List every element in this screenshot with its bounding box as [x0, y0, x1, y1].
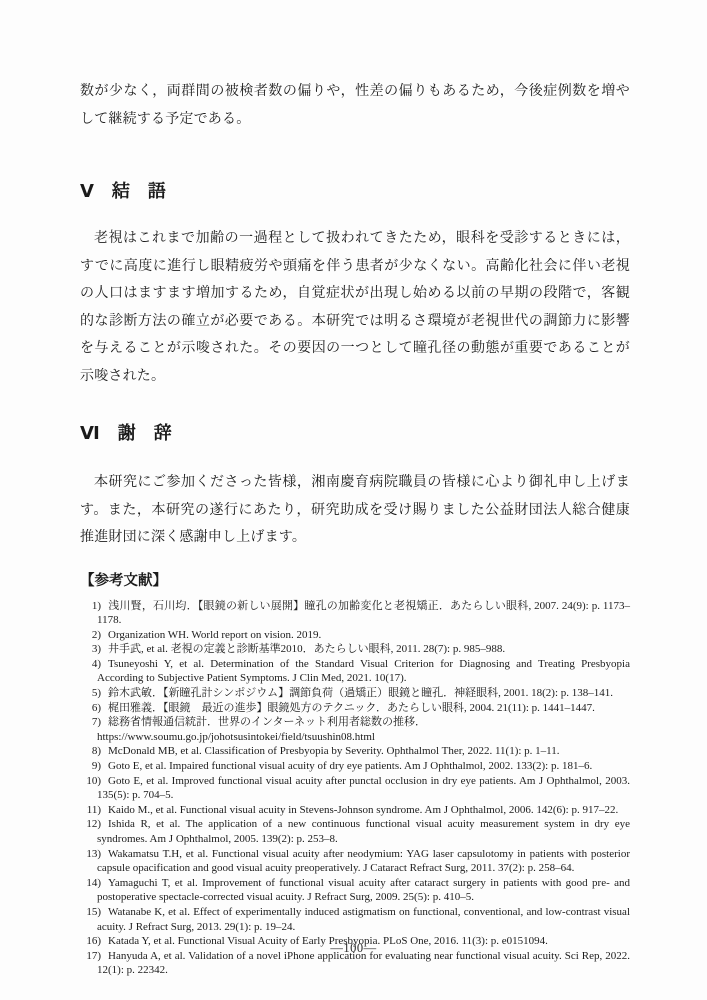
references-heading: 【参考文献】	[80, 572, 630, 591]
reference-text: Ishida R, et al. The application of a ne…	[97, 818, 630, 845]
conclusion-paragraph: 老視はこれまで加齢の一過程として扱われてきたため，眼科を受診するときには，すでに…	[80, 225, 630, 390]
reference-text: Organization WH. World report on vision.…	[108, 629, 321, 641]
reference-item: 3)井手武, et al. 老視の定義と診断基準2010．あたらしい眼科, 20…	[80, 642, 630, 657]
section-heading-conclusion: Ⅴ 結 語	[80, 179, 630, 203]
reference-number: 3)	[80, 642, 101, 657]
reference-number: 7)	[80, 715, 101, 730]
reference-url-link[interactable]: https://www.soumu.go.jp/johotsusintokei/…	[97, 730, 630, 745]
reference-number: 13)	[80, 847, 101, 862]
reference-item: 10)Goto E, et al. Improved functional vi…	[80, 774, 630, 803]
reference-number: 8)	[80, 744, 101, 759]
page-content: 数が少なく，両群間の被検者数の偏りや，性差の偏りもあるため，今後症例数を増やして…	[80, 0, 630, 978]
reference-item: 7)総務省情報通信統計．世界のインターネット利用者総数の推移．https://w…	[80, 715, 630, 744]
reference-number: 14)	[80, 876, 101, 891]
reference-number: 4)	[80, 657, 101, 672]
reference-item: 5)鈴木武敏．【新瞳孔計シンポジウム】調節負荷（過矯正）眼鏡と瞳孔．神経眼科, …	[80, 686, 630, 701]
reference-item: 2)Organization WH. World report on visio…	[80, 628, 630, 643]
reference-text: 総務省情報通信統計．世界のインターネット利用者総数の推移．	[108, 716, 426, 728]
reference-number: 12)	[80, 817, 101, 832]
reference-text: Wakamatsu T.H, et al. Functional visual …	[97, 848, 630, 875]
reference-number: 2)	[80, 628, 101, 643]
reference-item: 15)Watanabe K, et al. Effect of experime…	[80, 905, 630, 934]
reference-text: 井手武, et al. 老視の定義と診断基準2010．あたらしい眼科, 2011…	[108, 643, 505, 655]
reference-text: 梶田雅義．【眼鏡 最近の進歩】眼鏡処方のテクニック．あたらしい眼科, 2004.…	[108, 702, 595, 714]
reference-text: 鈴木武敏．【新瞳孔計シンポジウム】調節負荷（過矯正）眼鏡と瞳孔．神経眼科, 20…	[108, 687, 613, 699]
reference-text: Yamaguchi T, et al. Improvement of funct…	[97, 877, 630, 904]
section-heading-acknowledgments: Ⅵ 謝 辞	[80, 421, 630, 445]
reference-item: 12)Ishida R, et al. The application of a…	[80, 817, 630, 846]
paper-page: 数が少なく，両群間の被検者数の偏りや，性差の偏りもあるため，今後症例数を増やして…	[0, 0, 707, 1000]
reference-text: McDonald MB, et al. Classification of Pr…	[108, 745, 560, 757]
reference-text: Watanabe K, et al. Effect of experimenta…	[97, 906, 630, 933]
reference-item: 13)Wakamatsu T.H, et al. Functional visu…	[80, 847, 630, 876]
reference-number: 9)	[80, 759, 101, 774]
reference-number: 5)	[80, 686, 101, 701]
reference-number: 6)	[80, 701, 101, 716]
reference-item: 4)Tsuneyoshi Y, et al. Determination of …	[80, 657, 630, 686]
reference-list: 1)浅川賢，石川均．【眼鏡の新しい展開】瞳孔の加齢変化と老視矯正．あたらしい眼科…	[80, 599, 630, 978]
reference-text: Kaido M., et al. Functional visual acuit…	[108, 804, 618, 816]
reference-number: 1)	[80, 599, 101, 614]
reference-text: Tsuneyoshi Y, et al. Determination of th…	[97, 658, 630, 685]
page-number: —100—	[0, 941, 707, 956]
acknowledgments-paragraph: 本研究にご参加くださった皆様，湘南慶育病院職員の皆様に心より御礼申し上げます。ま…	[80, 469, 630, 552]
reference-item: 1)浅川賢，石川均．【眼鏡の新しい展開】瞳孔の加齢変化と老視矯正．あたらしい眼科…	[80, 599, 630, 628]
reference-number: 11)	[80, 803, 101, 818]
reference-text: Goto E, et al. Improved functional visua…	[97, 775, 630, 802]
reference-item: 11)Kaido M., et al. Functional visual ac…	[80, 803, 630, 818]
reference-number: 10)	[80, 774, 101, 789]
reference-text: Goto E, et al. Impaired functional visua…	[108, 760, 592, 772]
reference-item: 8)McDonald MB, et al. Classification of …	[80, 744, 630, 759]
reference-number: 15)	[80, 905, 101, 920]
reference-item: 6)梶田雅義．【眼鏡 最近の進歩】眼鏡処方のテクニック．あたらしい眼科, 200…	[80, 701, 630, 716]
continuation-paragraph: 数が少なく，両群間の被検者数の偏りや，性差の偏りもあるため，今後症例数を増やして…	[80, 78, 630, 133]
reference-text: 浅川賢，石川均．【眼鏡の新しい展開】瞳孔の加齢変化と老視矯正．あたらしい眼科, …	[97, 600, 630, 627]
reference-item: 9)Goto E, et al. Impaired functional vis…	[80, 759, 630, 774]
reference-item: 14)Yamaguchi T, et al. Improvement of fu…	[80, 876, 630, 905]
